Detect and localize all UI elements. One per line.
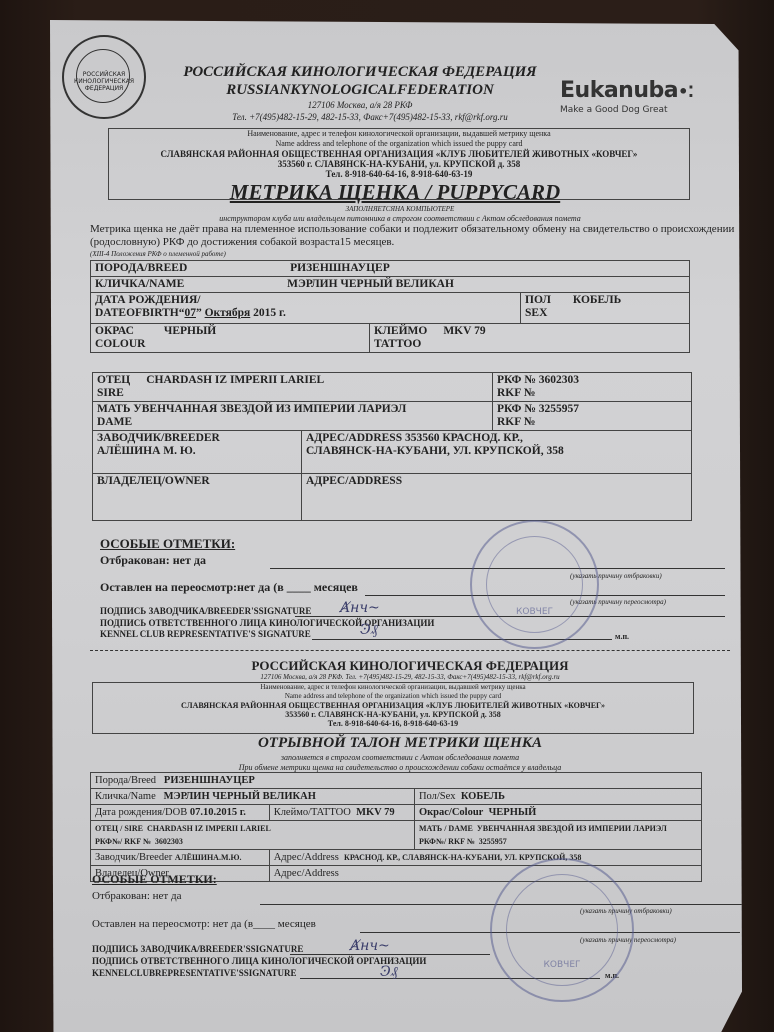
table-row: ДАТА РОЖДЕНИЯ/ DATEOFBIRTH“07” Октября 2… bbox=[91, 293, 690, 324]
dob-label-2: DATEOFBIRTH bbox=[95, 307, 179, 319]
colour-label-1: ОКРАС bbox=[95, 325, 134, 337]
stub-owner-address-label: Адрес/Address bbox=[274, 868, 339, 879]
stub-breed: РИЗЕНШНАУЦЕР bbox=[164, 775, 255, 786]
header-org-ru: РОССИЙСКАЯ КИНОЛОГИЧЕСКАЯ ФЕДЕРАЦИЯ bbox=[160, 64, 560, 81]
sex-label-2: SEX bbox=[525, 307, 685, 320]
stub-breeder-label: Заводчик/Breeder bbox=[95, 852, 172, 863]
sire-label-1: ОТЕЦ bbox=[97, 374, 130, 386]
stub-sire-rkf-label: РКФ№/ RKF № bbox=[95, 837, 151, 846]
stub-breeder: АЛЁШИНА.М.Ю. bbox=[175, 853, 242, 862]
stub-sex-cell: Пол/Sex КОБЕЛЬ bbox=[414, 789, 701, 805]
stub-colour-cell: Окрас/Colour ЧЕРНЫЙ bbox=[414, 805, 701, 821]
stub-issuer-label-ru: Наименование, адрес и телефон кинологиче… bbox=[93, 683, 693, 692]
page-title: МЕТРИКА ЩЕНКА / PUPPYCARD bbox=[180, 180, 610, 205]
header-contacts: Тел. +7(495)482-15-29, 482-15-33, Факс+7… bbox=[160, 112, 580, 122]
org-signature-label: ПОДПИСЬ ОТВЕТСТВЕННОГО ЛИЦА КИНОЛОГИЧЕСК… bbox=[100, 618, 434, 629]
stamp-place-label: м.п. bbox=[615, 631, 629, 642]
stub-tattoo: MKV 79 bbox=[356, 807, 395, 818]
review-field: Оставлен на переосмотр:нет да (в ____ ме… bbox=[100, 580, 358, 595]
dame-label-1: МАТЬ bbox=[97, 403, 130, 415]
sire-cell: ОТЕЦCHARDASH IZ IMPERII LARIEL SIRE bbox=[93, 373, 493, 402]
issuer-phone: Тел. 8-918-640-64-16, 8-918-640-63-19 bbox=[109, 169, 689, 179]
dame-cell: МАТЬ УВЕНЧАННАЯ ЗВЕЗДОЙ ИЗ ИМПЕРИИ ЛАРИЭ… bbox=[93, 402, 493, 431]
stub-breeder-signature-label: ПОДПИСЬ ЗАВОДЧИКА/BREEDER'SSIGNATURE bbox=[92, 944, 303, 955]
stub-sire-cell: ОТЕЦ / SIRE CHARDASH IZ IMPERII LARIEL Р… bbox=[91, 821, 415, 850]
stub-kennel-signature: Ꜿ₰ bbox=[380, 964, 398, 981]
dob-month: Октября bbox=[205, 307, 251, 319]
stub-breeder-signature: Ⱥнч~ bbox=[350, 938, 390, 954]
dob-cell: ДАТА РОЖДЕНИЯ/ DATEOFBIRTH“07” Октября 2… bbox=[91, 293, 521, 324]
rkf-seal-logo: РОССИЙСКАЯ КИНОЛОГИЧЕСКАЯ ФЕДЕРАЦИЯ bbox=[62, 35, 146, 119]
sire-label-2: SIRE bbox=[97, 387, 488, 400]
stub-dob-label: Дата рождения/DOB bbox=[95, 807, 187, 818]
stub-culled-field: Отбракован: нет да bbox=[92, 890, 181, 902]
owner-address-label: АДРЕС/ADDRESS bbox=[306, 475, 687, 488]
tattoo-cell: КЛЕЙМОMKV 79 TATTOO bbox=[370, 324, 690, 353]
marks-title: ОСОБЫЕ ОТМЕТКИ: bbox=[100, 536, 235, 552]
sex-cell: ПОЛКОБЕЛЬ SEX bbox=[521, 293, 690, 324]
colour-value: ЧЕРНЫЙ bbox=[164, 325, 216, 337]
dob-label-1: ДАТА РОЖДЕНИЯ/ bbox=[95, 294, 516, 307]
stub-sire-rkf: 3602303 bbox=[155, 837, 183, 846]
issuer-address: 353560 г. СЛАВЯНСК-НА-КУБАНИ, ул. КРУПСК… bbox=[109, 159, 689, 169]
header-org-en: RUSSIANKYNOLOGICALFEDERATION bbox=[160, 82, 560, 99]
table-row: ОТЕЦ / SIRE CHARDASH IZ IMPERII LARIEL Р… bbox=[91, 821, 702, 850]
puppy-card-document: РОССИЙСКАЯ КИНОЛОГИЧЕСКАЯ ФЕДЕРАЦИЯ РОСС… bbox=[50, 20, 742, 1032]
stub-org-ru: РОССИЙСКАЯ КИНОЛОГИЧЕСКАЯ ФЕДЕРАЦИЯ bbox=[200, 658, 620, 674]
breeder-address-1: 353560 КРАСНОД. КР., bbox=[405, 432, 523, 444]
stub-dob-cell: Дата рождения/DOB 07.10.2015 г. bbox=[91, 805, 270, 821]
breed-row: ПОРОДА/BREED РИЗЕНШНАУЦЕР bbox=[91, 261, 690, 277]
card-note: (XIII-4 Положения РКФ о племенной работе… bbox=[90, 250, 226, 258]
stub-issuer-phone: Тел. 8-918-640-64-16, 8-918-640-63-19 bbox=[93, 719, 693, 728]
owner-label: ВЛАДЕЛЕЦ/OWNER bbox=[97, 475, 297, 488]
tattoo-value: MKV 79 bbox=[443, 325, 485, 337]
stub-sire-label: ОТЕЦ / SIRE bbox=[95, 824, 143, 833]
breeder-cell: ЗАВОДЧИК/BREEDER АЛЁШИНА М. Ю. bbox=[93, 431, 302, 474]
table-row: Кличка/Name МЭРЛИН ЧЕРНЫЙ ВЕЛИКАН Пол/Se… bbox=[91, 789, 702, 805]
stub-issuer-name: СЛАВЯНСКАЯ РАЙОННАЯ ОБЩЕСТВЕННАЯ ОРГАНИЗ… bbox=[93, 701, 693, 710]
dame-value: УВЕНЧАННАЯ ЗВЕЗДОЙ ИЗ ИМПЕРИИ ЛАРИЭЛ bbox=[133, 403, 406, 415]
parents-table: ОТЕЦCHARDASH IZ IMPERII LARIEL SIRE РКФ … bbox=[92, 372, 692, 521]
table-row: ОТЕЦCHARDASH IZ IMPERII LARIEL SIRE РКФ … bbox=[93, 373, 692, 402]
stub-dame-rkf-label: РКФ№/ RKF № bbox=[419, 837, 475, 846]
dog-info-table: ПОРОДА/BREED РИЗЕНШНАУЦЕР КЛИЧКА/NAME МЭ… bbox=[90, 260, 690, 353]
sire-rkf-cell: РКФ № 3602303 RKF № bbox=[493, 373, 692, 402]
dob-day: 07 bbox=[184, 307, 196, 319]
breeder-signature: Ⱥнч~ bbox=[340, 600, 380, 616]
breeder-value: АЛЁШИНА М. Ю. bbox=[97, 445, 297, 458]
table-row: МАТЬ УВЕНЧАННАЯ ЗВЕЗДОЙ ИЗ ИМПЕРИИ ЛАРИЭ… bbox=[93, 402, 692, 431]
table-row: Порода/Breed РИЗЕНШНАУЦЕР bbox=[91, 773, 702, 789]
table-row: Заводчик/Breeder АЛЁШИНА.М.Ю. Адрес/Addr… bbox=[91, 850, 702, 866]
sire-rkf-label: RKF № bbox=[497, 387, 687, 400]
issuer-label-ru: Наименование, адрес и телефон кинологиче… bbox=[109, 129, 689, 139]
stub-breed-label: Порода/Breed bbox=[95, 775, 156, 786]
breeder-address-label: АДРЕС/ADDRESS bbox=[306, 432, 402, 444]
stub-title: ОТРЫВНОЙ ТАЛОН МЕТРИКИ ЩЕНКА bbox=[180, 735, 620, 752]
table-row: Дата рождения/DOB 07.10.2015 г. Клеймо/T… bbox=[91, 805, 702, 821]
tattoo-label-1: КЛЕЙМО bbox=[374, 325, 427, 337]
stub-breed-row: Порода/Breed РИЗЕНШНАУЦЕР bbox=[91, 773, 702, 789]
owner-cell: ВЛАДЕЛЕЦ/OWNER bbox=[93, 474, 302, 521]
kennel-signature-label: KENNEL CLUB REPRESENTATIVE'S SIGNATURE bbox=[100, 629, 311, 640]
breed-label: ПОРОДА/BREED bbox=[95, 262, 187, 274]
stub-sub1: заполняется в строгом соответствии с Акт… bbox=[200, 753, 600, 762]
name-row: КЛИЧКА/NAME МЭРЛИН ЧЕРНЫЙ ВЕЛИКАН bbox=[91, 277, 690, 293]
stub-dame: УВЕНЧАННАЯ ЗВЕЗДОЙ ИЗ ИМПЕРИИ ЛАРИЭЛ bbox=[477, 824, 667, 833]
table-row: ОКРАСЧЕРНЫЙ COLOUR КЛЕЙМОMKV 79 TATTOO bbox=[91, 324, 690, 353]
issuer-label-en: Name address and telephone of the organi… bbox=[109, 139, 689, 149]
stub-breeder-signature-line[interactable] bbox=[290, 954, 490, 955]
stub-sub2: При обмене метрики щенка на свидетельств… bbox=[150, 763, 650, 772]
sex-label-1: ПОЛ bbox=[525, 294, 551, 306]
breeder-label: ЗАВОДЧИК/BREEDER bbox=[97, 432, 297, 445]
header-postal: 127106 Москва, а/я 28 РКФ bbox=[160, 100, 560, 110]
stub-sex: КОБЕЛЬ bbox=[461, 791, 505, 802]
name-value: МЭРЛИН ЧЕРНЫЙ ВЕЛИКАН bbox=[287, 278, 454, 290]
stub-contacts: 127106 Москва, а/я 28 РКФ. Тел. +7(495)4… bbox=[170, 673, 650, 681]
stub-issuer-address: 353560 г. СЛАВЯНСК-НА-КУБАНИ, ул. КРУПСК… bbox=[93, 710, 693, 719]
card-subtitle-1: ЗАПОЛНЯЕТСЯНА КОМПЬЮТЕРЕ bbox=[200, 205, 600, 213]
table-row: ПОРОДА/BREED РИЗЕНШНАУЦЕР bbox=[91, 261, 690, 277]
stub-issuer-label-en: Name address and telephone of the organi… bbox=[93, 692, 693, 701]
card-subtitle-2: инструктором клуба или владельцем питомн… bbox=[150, 214, 650, 223]
dame-rkf-cell: РКФ № 3255957 RKF № bbox=[493, 402, 692, 431]
stub-colour: ЧЕРНЫЙ bbox=[489, 807, 537, 818]
stub-stamp-label: КОВЧЕГ bbox=[492, 960, 632, 970]
stub-tattoo-label: Клеймо/TATTOO bbox=[274, 807, 351, 818]
breeder-signature-label: ПОДПИСЬ ЗАВОДЧИКА/BREEDER'SSIGNATURE bbox=[100, 606, 311, 617]
stub-sire: CHARDASH IZ IMPERII LARIEL bbox=[147, 824, 271, 833]
stub-address-label: Адрес/Address bbox=[274, 852, 339, 863]
sire-value: CHARDASH IZ IMPERII LARIEL bbox=[146, 374, 324, 386]
stub-club-stamp: КОВЧЕГ bbox=[490, 858, 634, 1002]
stub-kennel-signature-label: KENNELCLUBREPRESENTATIVE'SSIGNATURE bbox=[92, 968, 297, 979]
stub-dame-label: МАТЬ / DAME bbox=[419, 824, 473, 833]
club-stamp: КОВЧЕГ bbox=[470, 520, 599, 649]
paw-icon: •⁚ bbox=[678, 82, 693, 101]
tattoo-label-2: TATTOO bbox=[374, 338, 685, 351]
dob-year: 2015 г. bbox=[253, 307, 286, 319]
stub-marks-title: ОСОБЫЕ ОТМЕТКИ: bbox=[92, 872, 217, 887]
dame-rkf: РКФ № 3255957 bbox=[497, 403, 687, 416]
table-row: ЗАВОДЧИК/BREEDER АЛЁШИНА М. Ю. АДРЕС/ADD… bbox=[93, 431, 692, 474]
eukanuba-logo: Eukanuba•⁚ bbox=[560, 78, 693, 103]
colour-cell: ОКРАСЧЕРНЫЙ COLOUR bbox=[91, 324, 370, 353]
issuer-name: СЛАВЯНСКАЯ РАЙОННАЯ ОБЩЕСТВЕННАЯ ОРГАНИЗ… bbox=[109, 149, 689, 159]
dame-rkf-label: RKF № bbox=[497, 416, 687, 429]
card-disclaimer: Метрика щенка не даёт права на племенное… bbox=[90, 223, 740, 249]
table-row: ВЛАДЕЛЕЦ/OWNER АДРЕС/ADDRESS bbox=[93, 474, 692, 521]
kennel-signature: Ꜿ₰ bbox=[360, 622, 378, 639]
stub-name-label: Кличка/Name bbox=[95, 791, 156, 802]
stub-colour-label: Окрас/Colour bbox=[419, 807, 483, 818]
colour-label-2: COLOUR bbox=[95, 338, 365, 351]
stub-breeder-cell: Заводчик/Breeder АЛЁШИНА.М.Ю. bbox=[91, 850, 270, 866]
table-row: КЛИЧКА/NAME МЭРЛИН ЧЕРНЫЙ ВЕЛИКАН bbox=[91, 277, 690, 293]
breeder-address-2: СЛАВЯНСК-НА-КУБАНИ, УЛ. КРУПСКОЙ, 358 bbox=[306, 445, 687, 458]
brand-name: Eukanuba bbox=[560, 78, 678, 103]
stub-name: МЭРЛИН ЧЕРНЫЙ ВЕЛИКАН bbox=[164, 791, 316, 802]
stub-sex-label: Пол/Sex bbox=[419, 791, 456, 802]
stamp-label: КОВЧЕГ bbox=[472, 607, 597, 617]
stub-dame-rkf: 3255957 bbox=[479, 837, 507, 846]
owner-address-cell: АДРЕС/ADDRESS bbox=[302, 474, 692, 521]
stub-name-row: Кличка/Name МЭРЛИН ЧЕРНЫЙ ВЕЛИКАН bbox=[91, 789, 415, 805]
breed-value: РИЗЕНШНАУЦЕР bbox=[290, 262, 390, 274]
tear-off-line bbox=[90, 650, 730, 651]
stub-dob: 07.10.2015 г. bbox=[190, 807, 246, 818]
stub-table: Порода/Breed РИЗЕНШНАУЦЕР Кличка/Name МЭ… bbox=[90, 772, 702, 882]
seal-text: РОССИЙСКАЯ КИНОЛОГИЧЕСКАЯ ФЕДЕРАЦИЯ bbox=[64, 71, 144, 92]
stub-dame-cell: МАТЬ / DAME УВЕНЧАННАЯ ЗВЕЗДОЙ ИЗ ИМПЕРИ… bbox=[414, 821, 701, 850]
sex-value: КОБЕЛЬ bbox=[573, 294, 621, 306]
stub-review-field: Оставлен на переосмотр: нет да (в____ ме… bbox=[92, 918, 316, 930]
stub-org-signature-label: ПОДПИСЬ ОТВЕТСТВЕННОГО ЛИЦА КИНОЛОГИЧЕСК… bbox=[92, 956, 426, 967]
culled-field: Отбракован: нет да bbox=[100, 553, 206, 568]
stub-tattoo-cell: Клеймо/TATTOO MKV 79 bbox=[269, 805, 414, 821]
breeder-address-cell: АДРЕС/ADDRESS 353560 КРАСНОД. КР., СЛАВЯ… bbox=[302, 431, 692, 474]
brand-tagline: Make a Good Dog Great bbox=[560, 105, 668, 115]
sire-rkf: РКФ № 3602303 bbox=[497, 374, 687, 387]
stub-owner-address-cell: Адрес/Address bbox=[269, 866, 701, 882]
stub-breeder-address-cell: Адрес/Address КРАСНОД. КР., СЛАВЯНСК-НА-… bbox=[269, 850, 701, 866]
name-label: КЛИЧКА/NAME bbox=[95, 278, 184, 290]
stub-issuer-box: Наименование, адрес и телефон кинологиче… bbox=[92, 682, 694, 734]
dame-label-2: DAME bbox=[97, 416, 488, 429]
